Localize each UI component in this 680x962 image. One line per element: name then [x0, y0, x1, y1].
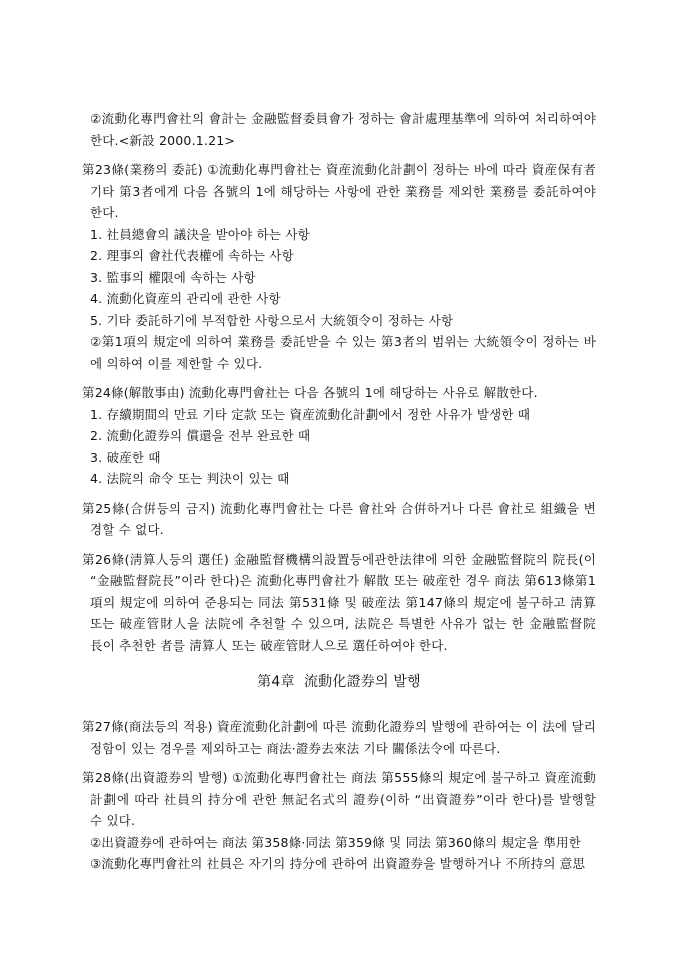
text-line: 第28條(出資證券의 발행) ①流動化專門會社는 商法 第555條의 規定에 불… — [82, 767, 596, 789]
text-line: ②出資證券에 관하여는 商法 第358條·同法 第359條 및 同法 第360條… — [90, 832, 596, 854]
text-line: 長이 추천한 者를 淸算人 또는 破産管財人으로 選任하여야 한다. — [90, 635, 596, 657]
text-line: 1. 存續期間의 만료 기타 定款 또는 資産流動化計劃에서 정한 사유가 발생… — [90, 404, 596, 426]
document-page: ②流動化專門會社의 會計는 金融監督委員會가 정하는 會計處理基準에 의하여 처… — [82, 108, 596, 875]
text-line: 수 있다. — [90, 810, 596, 832]
list-item: 1. 社員總會의 議決을 받아야 하는 사항 — [82, 224, 596, 246]
text-line: 에 의하여 이를 제한할 수 있다. — [90, 353, 596, 375]
article-paragraph: 第28條(出資證券의 발행) ①流動化專門會社는 商法 第555條의 規定에 불… — [82, 767, 596, 832]
text-line: 한다.<新設 2000.1.21> — [90, 130, 596, 152]
list-item: 2. 理事의 會社代表權에 속하는 사항 — [82, 245, 596, 267]
sub-paragraph: ③流動化專門會社의 社員은 자기의 持分에 관하여 出資證券을 발행하거나 不所… — [82, 853, 596, 875]
list-item: 5. 기타 委託하기에 부적합한 사항으로서 大統領令이 정하는 사항 — [82, 310, 596, 332]
text-line: 第27條(商法등의 적용) 資産流動化計劃에 따른 流動化證券의 발행에 관하여… — [82, 716, 596, 738]
chapter-heading: 第4章 流動化證券의 발행 — [82, 670, 596, 694]
text-line: ③流動化專門會社의 社員은 자기의 持分에 관하여 出資證券을 발행하거나 不所… — [90, 853, 596, 875]
sub-paragraph: ②第1項의 規定에 의하여 業務를 委託받을 수 있는 第3者의 범위는 大統領… — [82, 331, 596, 374]
article-paragraph: 第24條(解散事由) 流動化專門會社는 다음 各號의 1에 해당하는 사유로 解… — [82, 382, 596, 404]
text-line: 計劃에 따라 社員의 持分에 관한 無記名式의 證券(이하 “出資證券”이라 한… — [90, 789, 596, 811]
list-item: 3. 監事의 權限에 속하는 사항 — [82, 267, 596, 289]
text-line: 5. 기타 委託하기에 부적합한 사항으로서 大統領令이 정하는 사항 — [90, 310, 596, 332]
text-line: 기타 第3者에게 다음 各號의 1에 해당하는 사항에 관한 業務를 제외한 業… — [90, 181, 596, 203]
article-paragraph: 第23條(業務의 委託) ①流動化專門會社는 資産流動化計劃이 정하는 바에 따… — [82, 159, 596, 224]
list-item: 2. 流動化證券의 償還을 전부 완료한 때 — [82, 425, 596, 447]
text-line: 경할 수 없다. — [90, 519, 596, 541]
text-line: 第26條(淸算人등의 選任) 金融監督機構의設置등에관한法律에 의한 金融監督院… — [82, 549, 596, 571]
text-line: 또는 破産管財人을 法院에 추천할 수 있으며, 法院은 특별한 사유가 없는 … — [90, 613, 596, 635]
text-line: 第25條(合倂등의 금지) 流動化專門會社는 다른 會社와 合倂하거나 다른 會… — [82, 498, 596, 520]
text-line: 한다. — [90, 202, 596, 224]
text-line: 3. 監事의 權限에 속하는 사항 — [90, 267, 596, 289]
text-line: 정함이 있는 경우를 제외하고는 商法·證券去來法 기타 關係法令에 따른다. — [90, 738, 596, 760]
text-line: 第23條(業務의 委託) ①流動化專門會社는 資産流動化計劃이 정하는 바에 따… — [82, 159, 596, 181]
text-line: 2. 理事의 會社代表權에 속하는 사항 — [90, 245, 596, 267]
list-item: 4. 流動化資産의 관리에 관한 사항 — [82, 288, 596, 310]
text-line: 項의 規定에 의하여 준용되는 同法 第531條 및 破産法 第147條의 規定… — [90, 592, 596, 614]
text-line: 第4章 流動化證券의 발행 — [82, 670, 596, 694]
text-line: 4. 法院의 命令 또는 判決이 있는 때 — [90, 468, 596, 490]
text-line: 2. 流動化證券의 償還을 전부 완료한 때 — [90, 425, 596, 447]
sub-paragraph: ②出資證券에 관하여는 商法 第358條·同法 第359條 및 同法 第360條… — [82, 832, 596, 854]
text-line: 1. 社員總會의 議決을 받아야 하는 사항 — [90, 224, 596, 246]
text-line: “金融監督院長”이라 한다)은 流動化專門會社가 解散 또는 破産한 경우 商法… — [90, 570, 596, 592]
text-line: ②流動化專門會社의 會計는 金融監督委員會가 정하는 會計處理基準에 의하여 처… — [90, 108, 596, 130]
article-paragraph: 第25條(合倂등의 금지) 流動化專門會社는 다른 會社와 合倂하거나 다른 會… — [82, 498, 596, 541]
list-item: 1. 存續期間의 만료 기타 定款 또는 資産流動化計劃에서 정한 사유가 발생… — [82, 404, 596, 426]
text-line: 4. 流動化資産의 관리에 관한 사항 — [90, 288, 596, 310]
article-paragraph: 第27條(商法등의 적용) 資産流動化計劃에 따른 流動化證券의 발행에 관하여… — [82, 716, 596, 759]
text-line: 3. 破産한 때 — [90, 447, 596, 469]
text-line: ②第1項의 規定에 의하여 業務를 委託받을 수 있는 第3者의 범위는 大統領… — [90, 331, 596, 353]
text-line: 第24條(解散事由) 流動化專門會社는 다음 各號의 1에 해당하는 사유로 解… — [82, 382, 596, 404]
list-item: 3. 破産한 때 — [82, 447, 596, 469]
article-paragraph: 第26條(淸算人등의 選任) 金融監督機構의設置등에관한法律에 의한 金融監督院… — [82, 549, 596, 657]
list-item: 4. 法院의 命令 또는 判決이 있는 때 — [82, 468, 596, 490]
sub-paragraph: ②流動化專門會社의 會計는 金融監督委員會가 정하는 會計處理基準에 의하여 처… — [82, 108, 596, 151]
